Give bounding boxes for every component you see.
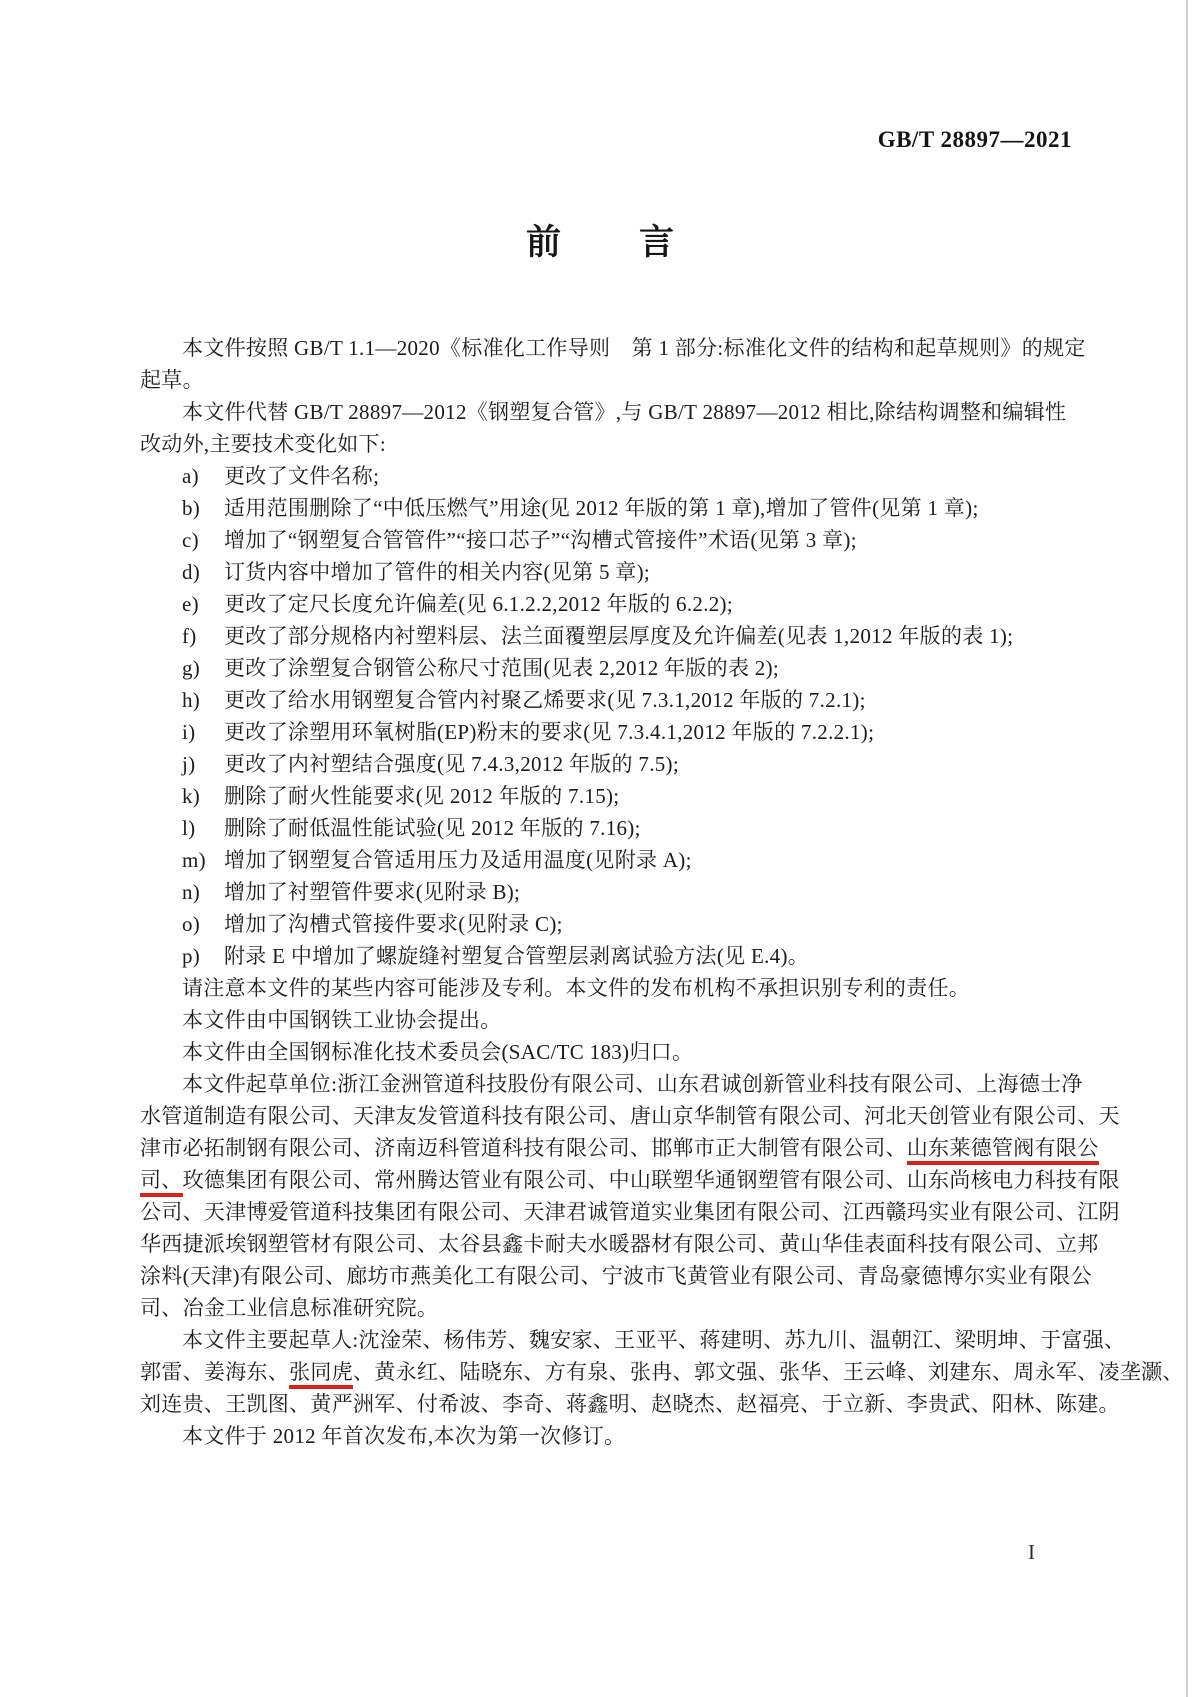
text-line: 本文件按照 GB/T 1.1—2020《标准化工作导则 第 1 部分:标准化文件… (140, 332, 1095, 364)
text-line: 公司、天津博爱管道科技集团有限公司、天津君诚管道实业集团有限公司、江西赣玛实业有… (140, 1196, 1095, 1228)
text-line: 津市必拓制钢有限公司、济南迈科管道科技有限公司、邯郸市正大制管有限公司、山东莱德… (140, 1132, 1095, 1164)
underlined-text: 司、 (140, 1168, 183, 1197)
list-item-label: b) (182, 492, 224, 524)
text-line: 涂料(天津)有限公司、廊坊市燕美化工有限公司、宁波市飞黄管业有限公司、青岛豪德博… (140, 1260, 1095, 1292)
text-line: f)更改了部分规格内衬塑料层、法兰面覆塑层厚度及允许偏差(见表 1,2012 年… (140, 620, 1095, 652)
text-segment: 更改了涂塑用环氧树脂(EP)粉末的要求(见 7.3.4.1,2012 年版的 7… (224, 720, 874, 744)
text-line: k)删除了耐火性能要求(见 2012 年版的 7.15); (140, 780, 1095, 812)
text-segment: 删除了耐低温性能试验(见 2012 年版的 7.16); (224, 816, 641, 840)
text-segment: 更改了给水用钢塑复合管内衬聚乙烯要求(见 7.3.1,2012 年版的 7.2.… (224, 688, 866, 712)
text-line: h)更改了给水用钢塑复合管内衬聚乙烯要求(见 7.3.1,2012 年版的 7.… (140, 684, 1095, 716)
text-segment: 更改了部分规格内衬塑料层、法兰面覆塑层厚度及允许偏差(见表 1,2012 年版的… (224, 624, 1013, 648)
text-segment: 本文件按照 GB/T 1.1—2020《标准化工作导则 第 1 部分:标准化文件… (182, 336, 1086, 360)
text-segment: 更改了内衬塑结合强度(见 7.4.3,2012 年版的 7.5); (224, 752, 679, 776)
text-line: 起草。 (140, 364, 1095, 396)
text-segment: 本文件起草单位:浙江金洲管道科技股份有限公司、山东君诚创新管业科技有限公司、上海… (182, 1072, 1083, 1096)
list-item-label: p) (182, 940, 224, 972)
text-segment: 刘连贵、王凯图、黄严洲军、付希波、李奇、蒋鑫明、赵晓杰、赵福亮、于立新、李贵武、… (140, 1392, 1120, 1416)
text-line: d)订货内容中增加了管件的相关内容(见第 5 章); (140, 556, 1095, 588)
underlined-text: 张同虎 (289, 1360, 353, 1389)
text-segment: 本文件由全国钢标准化技术委员会(SAC/TC 183)归口。 (182, 1040, 693, 1064)
text-line: l)删除了耐低温性能试验(见 2012 年版的 7.16); (140, 812, 1095, 844)
text-segment: 、黄永红、陆晓东、方有泉、张冉、郭文强、张华、王云峰、刘建东、周永军、凌垄灏、 (353, 1360, 1184, 1384)
list-item-label: i) (182, 716, 224, 748)
text-line: j)更改了内衬塑结合强度(见 7.4.3,2012 年版的 7.5); (140, 748, 1095, 780)
text-line: n)增加了衬塑管件要求(见附录 B); (140, 876, 1095, 908)
text-line: 改动外,主要技术变化如下: (140, 428, 1095, 460)
text-line: 本文件主要起草人:沈淦荣、杨伟芳、魏安家、王亚平、蒋建明、苏九川、温朝江、梁明坤… (140, 1324, 1095, 1356)
list-item-label: c) (182, 524, 224, 556)
text-segment: 更改了文件名称; (224, 464, 379, 488)
list-item-label: l) (182, 812, 224, 844)
text-segment: 增加了衬塑管件要求(见附录 B); (224, 880, 520, 904)
text-line: p)附录 E 中增加了螺旋缝衬塑复合管塑层剥离试验方法(见 E.4)。 (140, 940, 1095, 972)
text-line: 水管道制造有限公司、天津友发管道科技有限公司、唐山京华制管有限公司、河北天创管业… (140, 1100, 1095, 1132)
standard-number: GB/T 28897—2021 (878, 127, 1072, 152)
text-line: 本文件于 2012 年首次发布,本次为第一次修订。 (140, 1420, 1095, 1452)
text-segment: 改动外,主要技术变化如下: (140, 432, 386, 456)
text-line: 刘连贵、王凯图、黄严洲军、付希波、李奇、蒋鑫明、赵晓杰、赵福亮、于立新、李贵武、… (140, 1388, 1095, 1420)
text-line: a)更改了文件名称; (140, 460, 1095, 492)
text-line: 本文件由中国钢铁工业协会提出。 (140, 1004, 1095, 1036)
text-segment: 公司、天津博爱管道科技集团有限公司、天津君诚管道实业集团有限公司、江西赣玛实业有… (140, 1200, 1120, 1224)
list-item-label: m) (182, 844, 224, 876)
list-item-label: o) (182, 908, 224, 940)
text-segment: 涂料(天津)有限公司、廊坊市燕美化工有限公司、宁波市飞黄管业有限公司、青岛豪德博… (140, 1264, 1092, 1288)
text-segment: 玫德集团有限公司、常州腾达管业有限公司、中山联塑华通钢塑管有限公司、山东尚核电力… (183, 1168, 1120, 1192)
text-line: m)增加了钢塑复合管适用压力及适用温度(见附录 A); (140, 844, 1095, 876)
text-segment: 津市必拓制钢有限公司、济南迈科管道科技有限公司、邯郸市正大制管有限公司、 (140, 1136, 907, 1160)
text-line: 本文件代替 GB/T 28897—2012《钢塑复合管》,与 GB/T 2889… (140, 396, 1095, 428)
page-edge-line (1186, 0, 1188, 1697)
list-item-label: h) (182, 684, 224, 716)
text-line: 本文件起草单位:浙江金洲管道科技股份有限公司、山东君诚创新管业科技有限公司、上海… (140, 1068, 1095, 1100)
text-segment: 增加了“钢塑复合管管件”“接口芯子”“沟槽式管接件”术语(见第 3 章); (224, 528, 857, 552)
text-line: b)适用范围删除了“中低压燃气”用途(见 2012 年版的第 1 章),增加了管… (140, 492, 1095, 524)
text-segment: 本文件由中国钢铁工业协会提出。 (182, 1008, 502, 1032)
underlined-text: 山东莱德管阀有限公 (907, 1136, 1099, 1165)
text-segment: 本文件代替 GB/T 28897—2012《钢塑复合管》,与 GB/T 2889… (182, 400, 1066, 424)
document-page: GB/T 28897—2021 前言 本文件按照 GB/T 1.1—2020《标… (0, 0, 1200, 1697)
text-segment: 更改了定尺长度允许偏差(见 6.1.2.2,2012 年版的 6.2.2); (224, 592, 733, 616)
foreword-body: 本文件按照 GB/T 1.1—2020《标准化工作导则 第 1 部分:标准化文件… (140, 332, 1095, 1452)
list-item-label: j) (182, 748, 224, 780)
list-item-label: e) (182, 588, 224, 620)
text-segment: 附录 E 中增加了螺旋缝衬塑复合管塑层剥离试验方法(见 E.4)。 (224, 944, 809, 968)
text-segment: 删除了耐火性能要求(见 2012 年版的 7.15); (224, 784, 619, 808)
list-item-label: a) (182, 460, 224, 492)
text-line: i)更改了涂塑用环氧树脂(EP)粉末的要求(见 7.3.4.1,2012 年版的… (140, 716, 1095, 748)
text-line: g)更改了涂塑复合钢管公称尺寸范围(见表 2,2012 年版的表 2); (140, 652, 1095, 684)
text-segment: 增加了钢塑复合管适用压力及适用温度(见附录 A); (224, 848, 692, 872)
text-segment: 郭雷、姜海东、 (140, 1360, 289, 1384)
text-line: e)更改了定尺长度允许偏差(见 6.1.2.2,2012 年版的 6.2.2); (140, 588, 1095, 620)
text-line: c)增加了“钢塑复合管管件”“接口芯子”“沟槽式管接件”术语(见第 3 章); (140, 524, 1095, 556)
text-segment: 起草。 (140, 368, 204, 392)
list-item-label: n) (182, 876, 224, 908)
list-item-label: f) (182, 620, 224, 652)
text-segment: 适用范围删除了“中低压燃气”用途(见 2012 年版的第 1 章),增加了管件(… (224, 496, 979, 520)
text-segment: 订货内容中增加了管件的相关内容(见第 5 章); (224, 560, 650, 584)
text-line: 司、玫德集团有限公司、常州腾达管业有限公司、中山联塑华通钢塑管有限公司、山东尚核… (140, 1164, 1095, 1196)
text-segment: 本文件于 2012 年首次发布,本次为第一次修订。 (182, 1424, 625, 1448)
text-line: 司、冶金工业信息标准研究院。 (140, 1292, 1095, 1324)
page-title: 前言 (526, 223, 752, 262)
list-item-label: k) (182, 780, 224, 812)
text-segment: 华西捷派埃钢塑管材有限公司、太谷县鑫卡耐夫水暖器材有限公司、黄山华佳表面科技有限… (140, 1232, 1099, 1256)
text-segment: 请注意本文件的某些内容可能涉及专利。本文件的发布机构不承担识别专利的责任。 (182, 976, 970, 1000)
text-line: 郭雷、姜海东、张同虎、黄永红、陆晓东、方有泉、张冉、郭文强、张华、王云峰、刘建东… (140, 1356, 1095, 1388)
list-item-label: g) (182, 652, 224, 684)
text-segment: 增加了沟槽式管接件要求(见附录 C); (224, 912, 563, 936)
text-line: 本文件由全国钢标准化技术委员会(SAC/TC 183)归口。 (140, 1036, 1095, 1068)
text-line: 请注意本文件的某些内容可能涉及专利。本文件的发布机构不承担识别专利的责任。 (140, 972, 1095, 1004)
page-number: I (1028, 1540, 1035, 1565)
text-segment: 更改了涂塑复合钢管公称尺寸范围(见表 2,2012 年版的表 2); (224, 656, 779, 680)
text-segment: 本文件主要起草人:沈淦荣、杨伟芳、魏安家、王亚平、蒋建明、苏九川、温朝江、梁明坤… (182, 1328, 1125, 1352)
text-segment: 司、冶金工业信息标准研究院。 (140, 1296, 438, 1320)
text-line: o)增加了沟槽式管接件要求(见附录 C); (140, 908, 1095, 940)
text-line: 华西捷派埃钢塑管材有限公司、太谷县鑫卡耐夫水暖器材有限公司、黄山华佳表面科技有限… (140, 1228, 1095, 1260)
text-segment: 水管道制造有限公司、天津友发管道科技有限公司、唐山京华制管有限公司、河北天创管业… (140, 1104, 1120, 1128)
list-item-label: d) (182, 556, 224, 588)
